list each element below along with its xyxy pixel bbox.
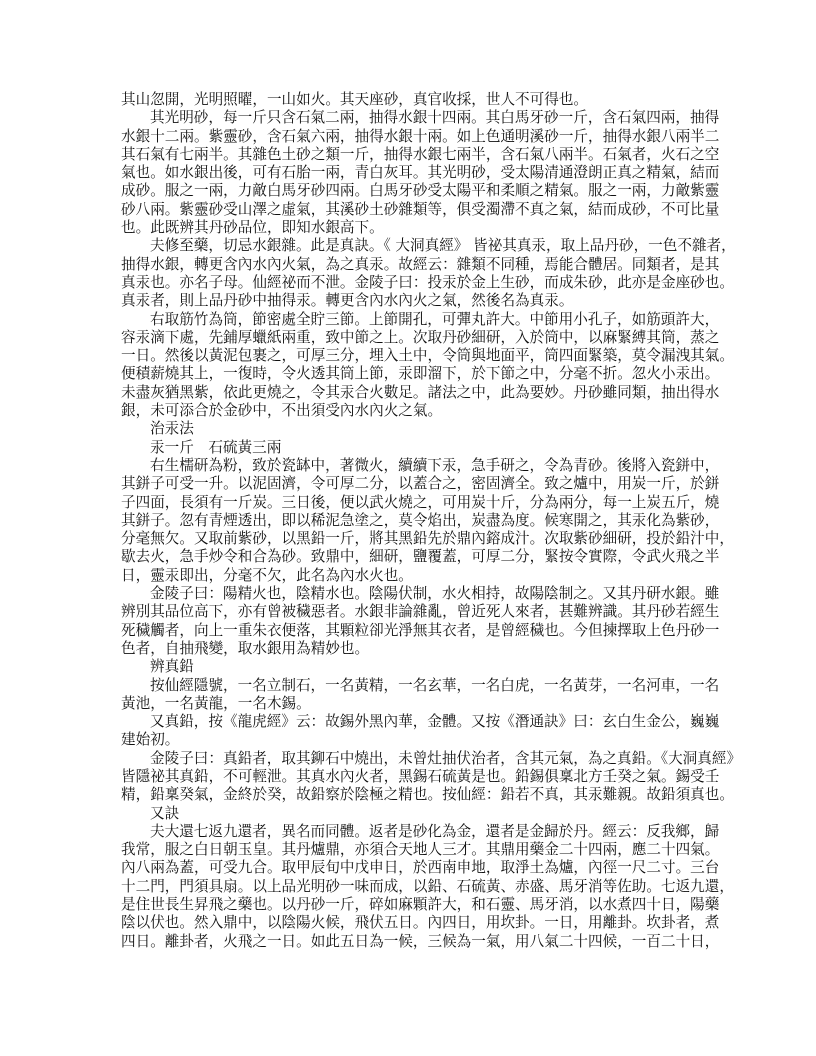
text-line: 容汞滴下處，先鋪厚蠟紙兩重，致中節之上。次取丹砂細研，入於筒中，以麻緊縛其筒，蒸… [121,329,697,347]
text-line: 水銀十二兩。紫靈砂，含石氣六兩，抽得水銀十兩。如上色通明溪砂一斤，抽得水銀八兩半… [121,128,697,146]
document-page: 其山忽開，光明照曜，一山如火。其天座砂，真官收採，世人不可得也。 其光明砂，每一… [121,91,697,951]
paragraph-zhutong: 右取筋竹為筒，節密處全貯三節。上節開孔，可彈丸許大。中節用小孔子，如筋頭許大， … [121,311,697,421]
text-line: 右取筋竹為筒，節密處全貯三節。上節開孔，可彈丸許大。中節用小孔子，如筋頭許大， [121,311,697,329]
paragraph-jinlingzi-2: 金陵子曰：真鉛者，取其鉚石中燒出，未曾灶抽伏治者，含其元氣，為之真鉛。《大洞真經… [121,750,697,805]
text-line: 精，鉛稟癸氣，金終於癸，故鉛察於陰極之精也。按仙經：鉛若不真，其汞難親。故鉛須真… [121,786,697,804]
text-line: 夫修至藥，切忌水銀雜。此是真訣。《 大洞真經》 皆祕其真汞，取上品丹砂，一色不雜… [121,237,697,255]
text-line: 按仙經隱號，一名立制石，一名黃精，一名玄華，一名白虎，一名黃芽，一名河車，一名 [121,677,697,695]
text-line: 皆隱祕其真鉛，不可輕泄。其真水內火者，黑錫石硫黃是也。鉛錫俱稟北方壬癸之氣。錫受… [121,768,697,786]
section-heading-bianzhenqian: 辨真鉛 [121,658,697,676]
text-line: 歇去火，急手炒令和合為砂。致鼎中，細研，鹽覆蓋，可厚二分，緊按令實際，令武火飛之… [121,548,697,566]
text-line: 右生檽研為粉，致於瓷缽中，著微火，續續下汞，急手研之，令為青砂。後將入瓷鉼中， [121,457,697,475]
text-line: 真汞者，則上品丹砂中抽得汞。轉更含內水內火之氣，然後名為真汞。 [121,292,697,310]
text-line: 子四面，長須有一斤炭。三日後，便以武火燒之，可用炭十斤，分為兩分，每一上炭五斤，… [121,494,697,512]
text-line: 是住世長生昇飛之藥也。以丹砂一斤，碎如麻顆許大，和石靈、馬牙消，以水煮四十日，陽… [121,896,697,914]
paragraph-1: 其山忽開，光明照曜，一山如火。其天座砂，真官收採，世人不可得也。 [121,91,697,109]
text-line: 夫大還七返九還者，異名而同體。返者是砂化為金，還者是金歸於丹。經云：反我鄉，歸 [121,823,697,841]
text-line: 氣也。如水銀出後，可有石胎一兩，青白灰耳。其光明砂，受太陽清通澄朗正真之精氣，結… [121,164,697,182]
text-line: 陰以伏也。然入鼎中，以陰陽火候，飛伏五日。內四日，用坎卦。一日，用離卦。坎卦者，… [121,914,697,932]
text-line: 其鉼子可受一升。以泥固濟，令可厚二分，以蓋合之，密固濟全。致之爐中，用炭一斤，於… [121,475,697,493]
text-line: 砂八兩。紫靈砂受山澤之虛氣，其溪砂土砂雜類等，俱受濁滯不真之氣，結而成砂，不可比… [121,201,697,219]
text-line: 分毫無欠。又取前紫砂，以黑鉛一斤，將其黑鉛先於鼎內鎔成汁。次取紫砂細研，投於鉛汁… [121,530,697,548]
text-line: 日，靈汞即出，分毫不欠，此名為內水火也。 [121,567,697,585]
text-line: 又真鉛，按《龍虎經》云：故錫外黑內華，金體。又按《潛通訣》曰：玄白生金公，巍巍 [121,713,697,731]
text-line: 辨別其品位高下，亦有曾被穢惡者。水銀非論雜亂，曾近死人來者，甚難辨識。其丹砂若經… [121,603,697,621]
text-line: 色者，自抽飛變，取水銀用為精妙也。 [121,640,697,658]
text-line: 死穢觸者，向上一重朱衣便落，其顆粒卻光淨無其衣者，是曾經穢也。今但揀擇取上色丹砂… [121,622,697,640]
section-heading-zhigongfa: 治汞法 [121,420,697,438]
text-line: 建始初。 [121,731,697,749]
section-heading: 治汞法 [121,420,697,438]
text-line: 其鉼子。忽有青煙透出，即以稀泥急塗之，莫令焰出，炭盡為度。候寒開之，其汞化為紫砂… [121,512,697,530]
text-line: 十二門，門須具扇。以上品光明砂一味而成，以鉛、石硫黃、赤盛、馬牙消等佐助。七返九… [121,878,697,896]
text-line: 其山忽開，光明照曜，一山如火。其天座砂，真官收採，世人不可得也。 [121,91,697,109]
ingredients-line: 汞一斤 石硫黃三兩 [121,439,697,457]
text-line: 銀，未可添合於金砂中，不出須受內水內火之氣。 [121,402,697,420]
text-line: 也。此既辨其丹砂品位，即知水銀高下。 [121,219,697,237]
text-line: 便積薪燒其上，一復時，令火透其筒上節，汞即溜下，於下節之中，分毫不折。忽火小汞出… [121,365,697,383]
text-line: 內八兩為蓋，可受九合。取甲辰旬中戊申日，於西南申地，取淨土為爐，內徑一尺二寸。三… [121,859,697,877]
paragraph-guangmingsha: 其光明砂，每一斤只含石氣二兩，抽得水銀十四兩。其白馬牙砂一斤，含石氣四兩，抽得 … [121,109,697,237]
paragraph-shengliu: 右生檽研為粉，致於瓷缽中，著微火，續續下汞，急手研之，令為青砂。後將入瓷鉼中， … [121,457,697,585]
paragraph-xiuzhiyao: 夫修至藥，切忌水銀雜。此是真訣。《 大洞真經》 皆祕其真汞，取上品丹砂，一色不雜… [121,237,697,310]
text-line: 其光明砂，每一斤只含石氣二兩，抽得水銀十四兩。其白馬牙砂一斤，含石氣四兩，抽得 [121,109,697,127]
text-line: 我常，服之白日朝玉皇。其丹爐鼎，亦須合天地人三才。其鼎用藥金二十四兩，應二十四氣… [121,841,697,859]
paragraph-xianjing: 按仙經隱號，一名立制石，一名黃精，一名玄華，一名白虎，一名黃芽，一名河車，一名 … [121,677,697,714]
text-line: 未盡灰猶黑紫，依此更燒之，令其汞合火數足。諸法之中，此為要妙。丹砂雖同類，抽出得… [121,384,697,402]
paragraph-jinlingzi-1: 金陵子曰：陽精火也，陰精水也。陰陽伏制，水火相持，故陽陰制之。又其丹研水銀。雖 … [121,585,697,658]
paragraph-dahuan: 夫大還七返九還者，異名而同體。返者是砂化為金，還者是金歸於丹。經云：反我鄉，歸 … [121,823,697,951]
section-heading: 又訣 [121,805,697,823]
text-line: 成砂。服之一兩，力敵白馬牙砂四兩。白馬牙砂受太陽平和柔順之精氣。服之一兩，力敵紫… [121,182,697,200]
text-line: 抽得水銀，轉更含內水內火氣，為之真汞。故經云：雜類不同種，焉能合體居。同類者，是… [121,256,697,274]
text-line: 黃池，一名黃龍，一名木錫。 [121,695,697,713]
section-heading: 辨真鉛 [121,658,697,676]
text-line: 其石氣有七兩半。其雜色土砂之類一斤，抽得水銀七兩半，含石氣八兩半。石氣者，火石之… [121,146,697,164]
text-line: 金陵子曰：真鉛者，取其鉚石中燒出，未曾灶抽伏治者，含其元氣，為之真鉛。《大洞真經… [121,750,697,768]
text-line: 四日。離卦者，火飛之一日。如此五日為一候，三候為一氣，用八氣二十四候，一百二十日… [121,933,697,951]
paragraph-longhujing: 又真鉛，按《龍虎經》云：故錫外黑內華，金體。又按《潛通訣》曰：玄白生金公，巍巍 … [121,713,697,750]
text-line: 金陵子曰：陽精火也，陰精水也。陰陽伏制，水火相持，故陽陰制之。又其丹研水銀。雖 [121,585,697,603]
ingredients-text: 汞一斤 石硫黃三兩 [121,439,697,457]
text-line: 真汞也。亦名子母。仙經祕而不泄。金陵子曰：投汞於金上生砂，而成朱砂，此亦是金座砂… [121,274,697,292]
section-heading-youjue: 又訣 [121,805,697,823]
text-line: 一日。然後以黃泥包裹之，可厚三分，埋入土中，令筒與地面平，筒四面緊築，莫令漏洩其… [121,347,697,365]
